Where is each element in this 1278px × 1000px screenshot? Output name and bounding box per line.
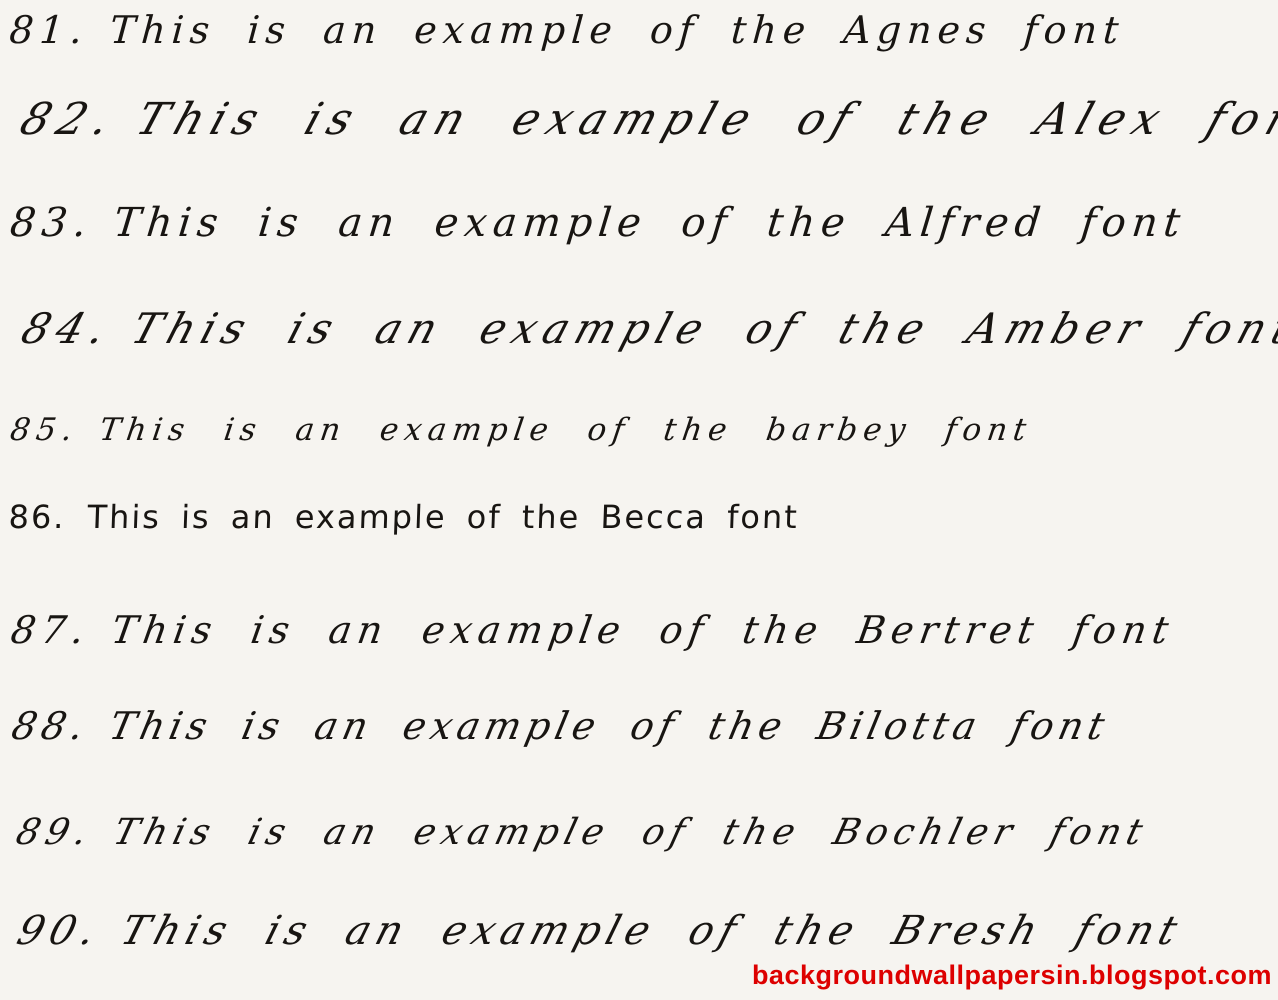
sample-number: 88. [8,704,93,748]
handwriting-ink: 81.This is an example of the Agnes font [8,8,1126,52]
sample-text: This is an example of the barbey font [97,412,1034,448]
handwriting-sample-line: 81.This is an example of the Agnes font [8,8,1278,52]
sample-number: 84. [16,304,119,353]
sample-number: 87. [8,608,93,652]
sample-text: This is an example of the Bertret font [108,608,1177,652]
sample-text: This is an example of the Bresh font [116,908,1189,954]
handwriting-sample-line: 86.This is an example of the Becca font [8,498,1278,536]
handwriting-sample-line: 88.This is an example of the Bilotta fon… [8,704,1278,748]
handwriting-sample-line: 90.This is an example of the Bresh font [12,908,1278,954]
handwriting-ink: 82.This is an example of the Alex font [14,94,1278,145]
handwriting-sample-line: 85.This is an example of the barbey font [8,412,1278,448]
sample-number: 83. [8,200,94,246]
handwriting-ink: 87.This is an example of the Bertret fon… [8,608,1177,652]
sample-text: This is an example of the Becca font [87,498,800,536]
sample-text: This is an example of the Bilotta font [105,704,1113,748]
handwriting-sample-line: 82.This is an example of the Alex font [14,94,1278,145]
watermark-url: backgroundwallpapersin.blogspot.com [752,960,1272,991]
handwriting-sample-line: 89.This is an example of the Bochler fon… [12,812,1278,853]
sample-number: 81. [8,8,90,52]
handwriting-ink: 83.This is an example of the Alfred font [8,200,1188,246]
sample-text: This is an example of the Bochler font [109,812,1152,853]
handwriting-sample-line: 83.This is an example of the Alfred font [8,200,1278,246]
sample-number: 86. [8,498,66,536]
handwriting-ink: 88.This is an example of the Bilotta fon… [8,704,1113,748]
handwriting-page: 90.This is an example of the Bresh font … [0,0,1278,1000]
handwriting-ink: 90.This is an example of the Bresh font [12,908,1188,954]
sample-text: This is an example of the Amber font [126,304,1278,353]
handwriting-ink: 84.This is an example of the Amber font [16,304,1278,353]
sample-text: This is an example of the Agnes font [108,8,1126,52]
handwriting-sample-line: 87.This is an example of the Bertret fon… [8,608,1278,652]
handwriting-ink: 86.This is an example of the Becca font [8,498,799,536]
sample-text: This is an example of the Alfred font [112,200,1189,246]
sample-number: 85. [8,412,80,448]
handwriting-ink: 89.This is an example of the Bochler fon… [12,812,1153,853]
sample-number: 90. [12,908,107,954]
handwriting-sample-line: 84.This is an example of the Amber font [16,304,1278,353]
sample-number: 82. [14,94,125,145]
handwriting-ink: 85.This is an example of the barbey font [8,412,1034,448]
sample-number: 89. [12,812,97,853]
sample-text: This is an example of the Alex font [130,94,1278,145]
